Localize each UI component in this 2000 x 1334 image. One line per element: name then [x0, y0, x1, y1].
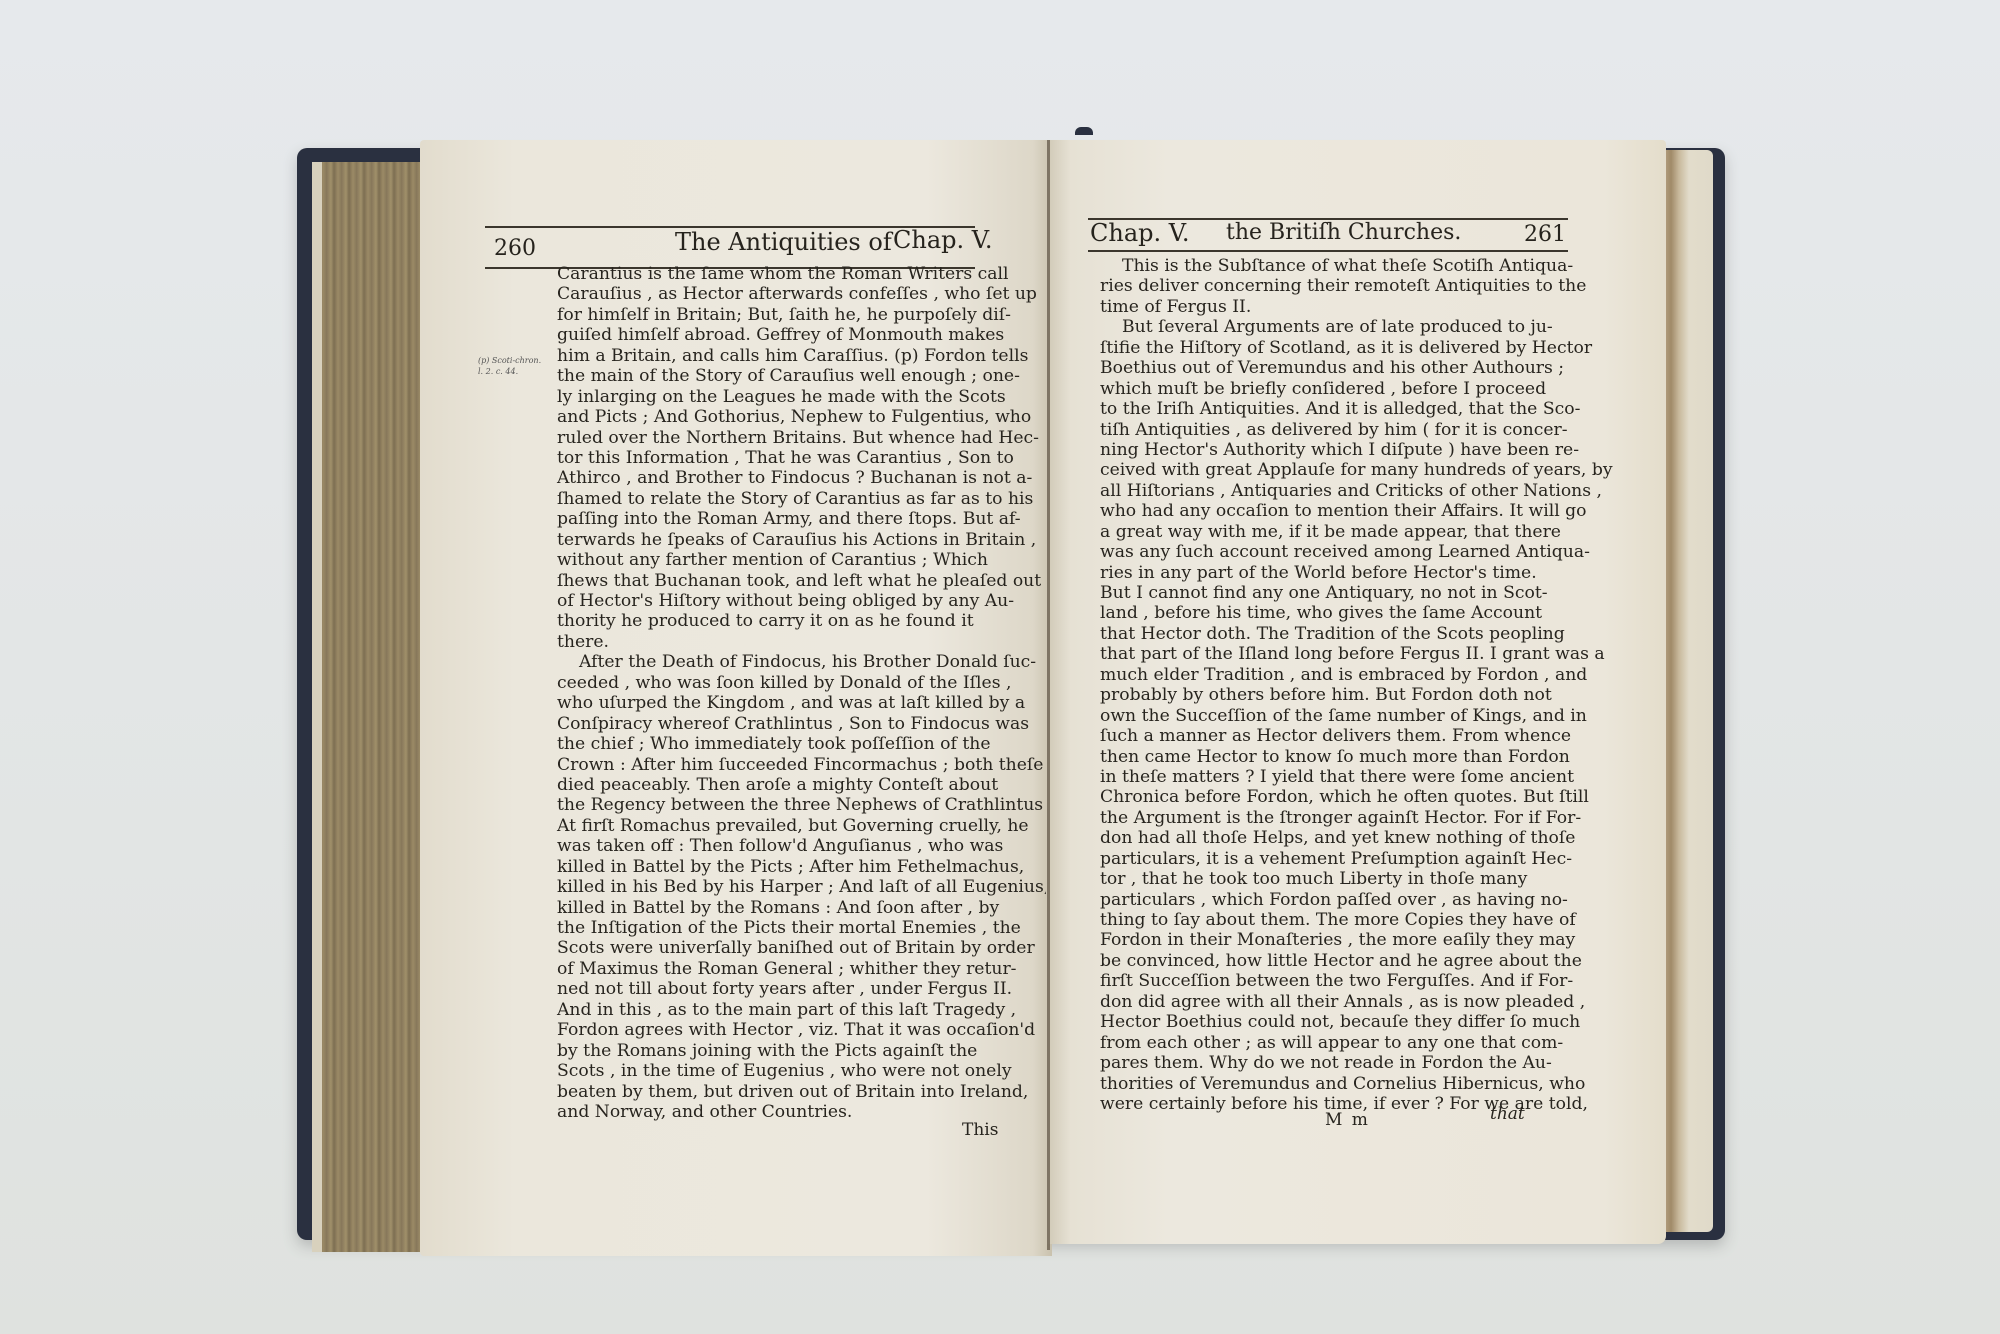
text-line: a great way with me, if it be made appea…	[1100, 522, 1520, 542]
text-line: particulars, it is a vehement Preſumptio…	[1100, 849, 1520, 869]
text-line: thorities of Veremundus and Cornelius Hi…	[1100, 1074, 1520, 1094]
text-line: ruled over the Northern Britains. But wh…	[557, 428, 993, 448]
text-line: Boethius out of Veremundus and his other…	[1100, 358, 1520, 378]
text-line: Athirco , and Brother to Findocus ? Buch…	[557, 468, 993, 488]
left-catchword: This	[962, 1120, 998, 1140]
text-line: terwards he ſpeaks of Carauſius his Acti…	[557, 530, 993, 550]
text-line: And in this , as to the main part of thi…	[557, 1000, 993, 1020]
text-line: But I cannot find any one Antiquary, no …	[1100, 583, 1520, 603]
text-line: ning Hector's Authority which I diſpute …	[1100, 440, 1520, 460]
text-line: to the Iriſh Antiquities. And it is alle…	[1100, 399, 1520, 419]
text-line: killed in his Bed by his Harper ; And la…	[557, 877, 993, 897]
margin-note-line: l. 2. c. 44.	[478, 366, 541, 377]
text-line: ries in any part of the World before Hec…	[1100, 563, 1520, 583]
text-line: which muſt be briefly conſidered , befor…	[1100, 379, 1520, 399]
text-line: by the Romans joining with the Picts aga…	[557, 1041, 993, 1061]
text-line: At firſt Romachus prevailed, but Governi…	[557, 816, 993, 836]
right-catchword: that	[1490, 1104, 1525, 1124]
text-line: and Norway, and other Countries.	[557, 1102, 993, 1122]
text-line: beaten by them, but driven out of Britai…	[557, 1082, 993, 1102]
right-chapter-label: Chap. V.	[1090, 219, 1190, 247]
text-line: were certainly before his time, if ever …	[1100, 1094, 1520, 1114]
text-line: died peaceably. Then aroſe a mighty Cont…	[557, 775, 993, 795]
text-line: Crown : After him ſucceeded Fincormachus…	[557, 755, 993, 775]
right-header-bottom-rule	[1088, 250, 1568, 252]
text-line: particulars , which Fordon paſſed over ,…	[1100, 890, 1520, 910]
text-line: there.	[557, 632, 993, 652]
text-line: paſſing into the Roman Army, and there ſ…	[557, 509, 993, 529]
left-chapter-label: Chap. V.	[893, 226, 993, 254]
text-line: thing to ſay about them. The more Copies…	[1100, 910, 1520, 930]
text-line: ſhamed to relate the Story of Carantius …	[557, 489, 993, 509]
text-line: firſt Succeſſion between the two Ferguſſ…	[1100, 971, 1520, 991]
text-line: who had any occaſion to mention their Af…	[1100, 501, 1520, 521]
text-line: thority he produced to carry it on as he…	[557, 611, 993, 631]
signature-mark: M m	[1325, 1110, 1370, 1130]
text-line: But ſeveral Arguments are of late produc…	[1100, 317, 1520, 337]
right-text-column: This is the Subſtance of what theſe Scot…	[1100, 256, 1520, 1114]
text-line: much elder Tradition , and is embraced b…	[1100, 665, 1520, 685]
text-line: killed in Battel by the Romans : And ſoo…	[557, 898, 993, 918]
text-line: was taken off : Then follow'd Anguſianus…	[557, 836, 993, 856]
left-running-head: The Antiquities of	[675, 228, 892, 256]
text-line: pares them. Why do we not reade in Fordo…	[1100, 1053, 1520, 1073]
text-line: Conſpiracy whereof Crathlintus , Son to …	[557, 714, 993, 734]
text-line: This is the Subſtance of what theſe Scot…	[1100, 256, 1520, 276]
text-line: Hector Boethius could not, becauſe they …	[1100, 1012, 1520, 1032]
text-line: Fordon in their Monaſteries , the more e…	[1100, 930, 1520, 950]
text-line: time of Fergus II.	[1100, 297, 1520, 317]
text-line: probably by others before him. But Fordo…	[1100, 685, 1520, 705]
text-line: tor , that he took too much Liberty in t…	[1100, 869, 1520, 889]
text-line: Scots , in the time of Eugenius , who we…	[557, 1061, 993, 1081]
text-line: the Argument is the ſtronger againſt Hec…	[1100, 808, 1520, 828]
text-line: him a Britain, and calls him Caraſſius. …	[557, 346, 993, 366]
text-line: Scots were univerſally baniſhed out of B…	[557, 938, 993, 958]
text-line: ned not till about forty years after , u…	[557, 979, 993, 999]
text-line: the main of the Story of Carauſius well …	[557, 366, 993, 386]
text-line: Chronica before Fordon, which he often q…	[1100, 787, 1520, 807]
text-line: then came Hector to know ſo much more th…	[1100, 747, 1520, 767]
text-line: own the Succeſſion of the ſame number of…	[1100, 706, 1520, 726]
text-line: ſtifie the Hiſtory of Scotland, as it is…	[1100, 338, 1520, 358]
margin-note: (p) Scoti-chron. l. 2. c. 44.	[478, 355, 541, 377]
text-line: killed in Battel by the Picts ; After hi…	[557, 857, 993, 877]
text-line: the Regency between the three Nephews of…	[557, 795, 993, 815]
text-line: of Hector's Hiſtory without being oblige…	[557, 591, 993, 611]
text-line: Carauſius , as Hector afterwards confeſſ…	[557, 284, 993, 304]
text-line: After the Death of Findocus, his Brother…	[557, 652, 993, 672]
text-line: Fordon agrees with Hector , viz. That it…	[557, 1020, 993, 1040]
headband	[1075, 127, 1093, 135]
text-line: the chief ; Who immediately took poſſeſſ…	[557, 734, 993, 754]
text-line: in theſe matters ? I yield that there we…	[1100, 767, 1520, 787]
text-line: Carantius is the ſame whom the Roman Wri…	[557, 264, 993, 284]
text-line: don did agree with all their Annals , as…	[1100, 992, 1520, 1012]
left-page-number: 260	[494, 236, 536, 261]
right-running-head: the Britiſh Churches.	[1226, 220, 1461, 245]
text-line: the Inſtigation of the Picts their morta…	[557, 918, 993, 938]
text-line: who uſurped the Kingdom , and was at laſ…	[557, 693, 993, 713]
gutter	[1047, 140, 1050, 1250]
text-line: of Maximus the Roman General ; whither t…	[557, 959, 993, 979]
text-line: guiſed himſelf abroad. Geffrey of Monmou…	[557, 325, 993, 345]
text-line: ly inlarging on the Leagues he made with…	[557, 387, 993, 407]
text-line: was any ſuch account received among Lear…	[1100, 542, 1520, 562]
text-line: that Hector doth. The Tradition of the S…	[1100, 624, 1520, 644]
text-line: don had all thoſe Helps, and yet knew no…	[1100, 828, 1520, 848]
text-line: ceeded , who was ſoon killed by Donald o…	[557, 673, 993, 693]
left-page-edges	[312, 162, 430, 1252]
text-line: tor this Information , That he was Caran…	[557, 448, 993, 468]
text-line: ceived with great Applauſe for many hund…	[1100, 460, 1520, 480]
text-line: and Picts ; And Gothorius, Nephew to Ful…	[557, 407, 993, 427]
right-page-number: 261	[1524, 222, 1566, 247]
text-line: land , before his time, who gives the ſa…	[1100, 603, 1520, 623]
text-line: tiſh Antiquities , as delivered by him (…	[1100, 420, 1520, 440]
left-text-column: Carantius is the ſame whom the Roman Wri…	[557, 264, 993, 1122]
text-line: ſhews that Buchanan took, and left what …	[557, 571, 993, 591]
text-line: all Hiſtorians , Antiquaries and Critick…	[1100, 481, 1520, 501]
text-line: be convinced, how little Hector and he a…	[1100, 951, 1520, 971]
text-line: for himſelf in Britain; But, ſaith he, h…	[557, 305, 993, 325]
text-line: from each other ; as will appear to any …	[1100, 1033, 1520, 1053]
text-line: that part of the Iſland long before Ferg…	[1100, 644, 1520, 664]
text-line: without any farther mention of Carantius…	[557, 550, 993, 570]
text-line: ries deliver concerning their remoteſt A…	[1100, 276, 1520, 296]
text-line: ſuch a manner as Hector delivers them. F…	[1100, 726, 1520, 746]
margin-note-line: (p) Scoti-chron.	[478, 355, 541, 366]
